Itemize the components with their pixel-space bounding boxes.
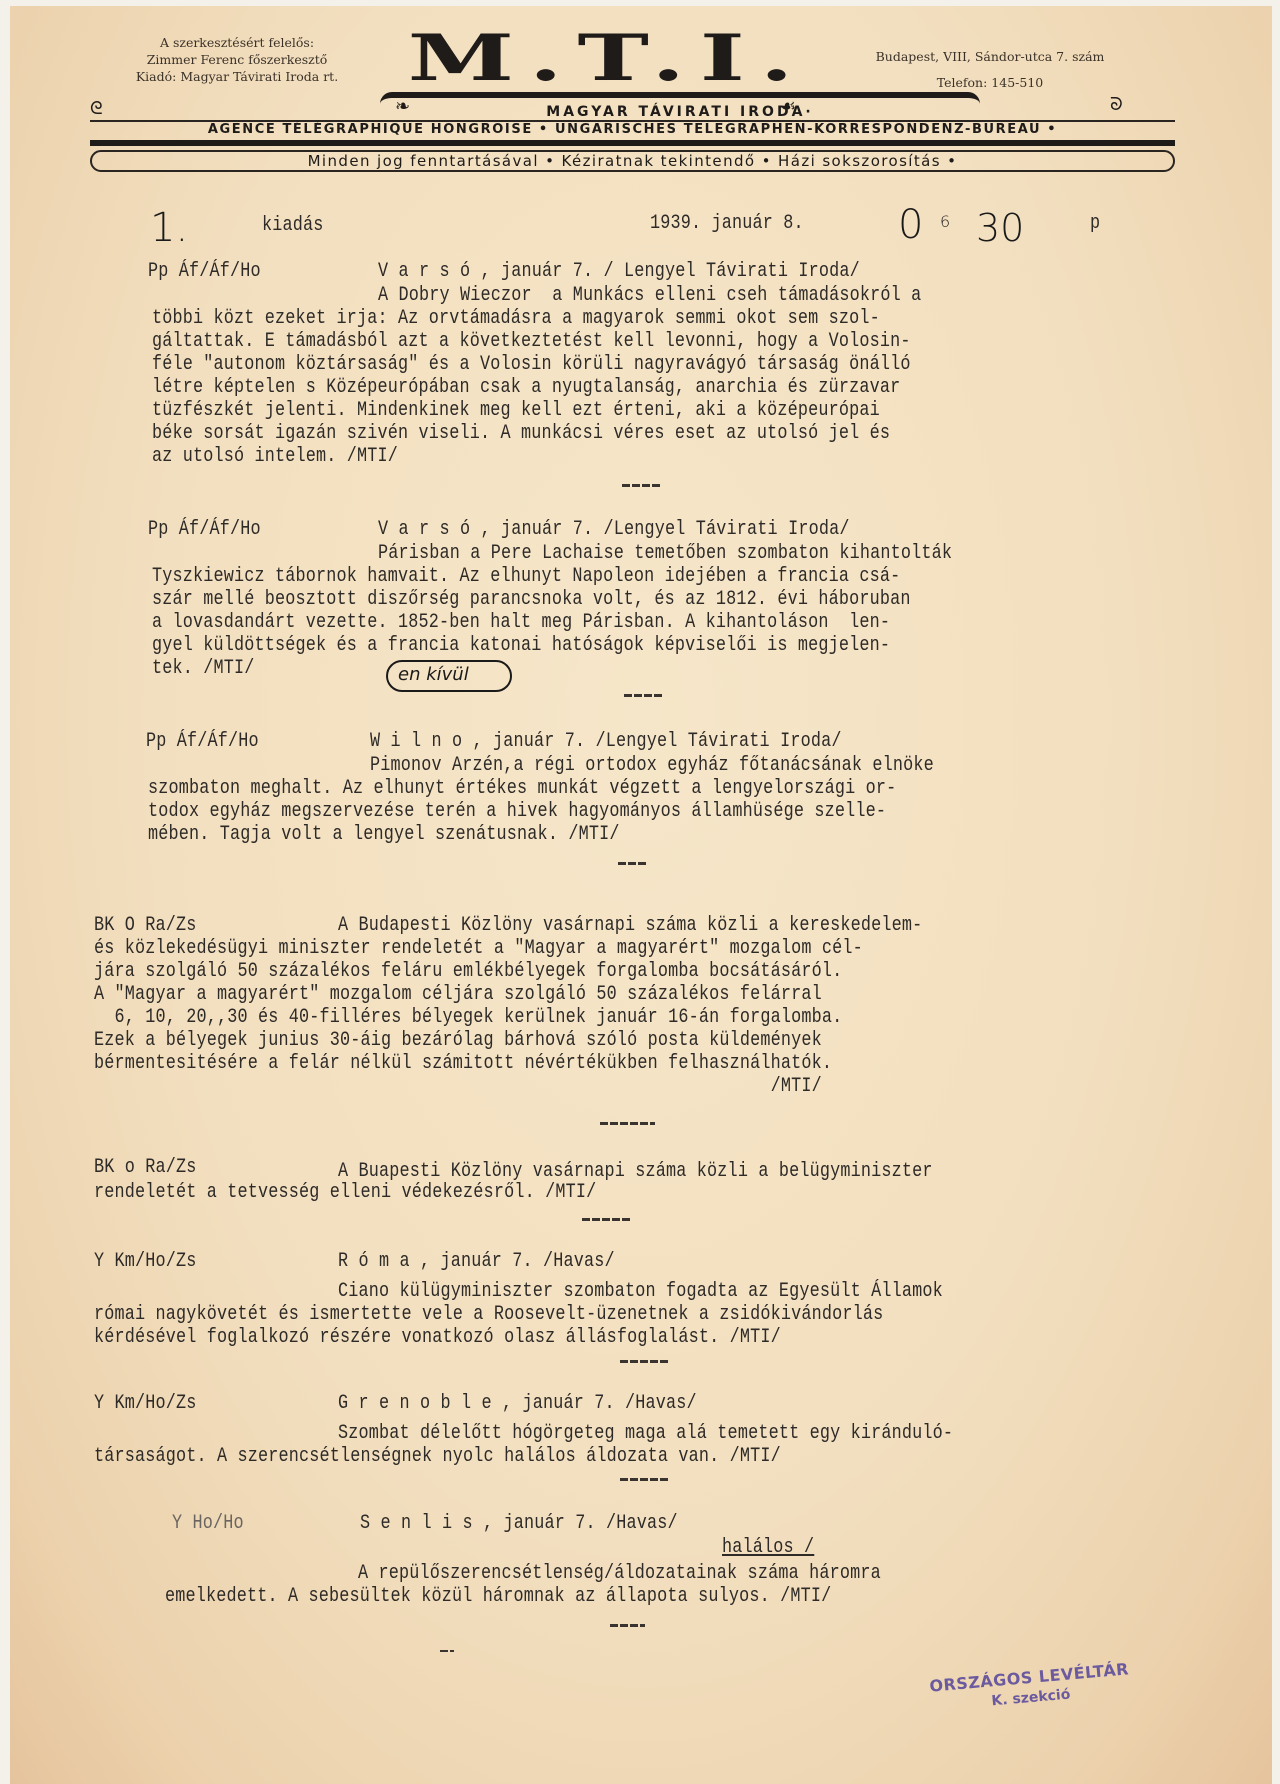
edition-period: p — [1090, 212, 1100, 235]
item-line: A "Magyar a magyarért" mozgalom céljára … — [94, 983, 822, 1006]
edition-hour: 0 — [898, 202, 923, 248]
item-line: társaságot. A szerencsétlenségnek nyolc … — [94, 1445, 781, 1468]
item-line: mében. Tagja volt a lengyel szenátusnak.… — [148, 823, 620, 846]
item-line: A Buapesti Közlöny vasárnapi száma közli… — [338, 1160, 933, 1183]
item-line: Párisban a Pere Lachaise temetőben szomb… — [378, 542, 952, 565]
item-line: /MTI/ — [94, 1075, 822, 1098]
item-dateline: G r e n o b l e , január 7. /Havas/ — [338, 1392, 697, 1415]
item-line: Tyszkiewicz tábornok hamvait. Az elhunyt… — [152, 565, 900, 588]
item-dateline: V a r s ó , január 7. /Lengyel Távirati … — [378, 518, 850, 541]
item-line: A Budapesti Közlöny vasárnapi száma közl… — [338, 914, 922, 937]
item-line: féle "autonom köztársaság" és a Volosin … — [152, 353, 911, 376]
separator — [622, 484, 662, 487]
item-line: bérmentesitésére a felár nélkül számitot… — [94, 1052, 832, 1075]
edition-hour-suffix: 6 — [940, 212, 950, 231]
handwritten-note: en kívül — [398, 664, 469, 685]
item-code: BK O Ra/Zs — [94, 914, 197, 937]
edition-number: 1. — [150, 205, 188, 251]
item-line: kérdésével foglalkozó részére vonatkozó … — [94, 1326, 781, 1349]
item-dateline: S e n l i s , január 7. /Havas/ — [360, 1512, 678, 1535]
item-code: BK o Ra/Zs — [94, 1156, 197, 1179]
item-line: tüzfészkét jelenti. Mindenkinek meg kell… — [152, 399, 880, 422]
item-line: jára szolgáló 50 százalékos feláru emlék… — [94, 960, 842, 983]
separator — [624, 694, 664, 697]
banner-multilingual: AGENCE TÉLÉGRAPHIQUE HONGROISE • UNGARIS… — [90, 122, 1175, 137]
mark — [440, 1650, 454, 1652]
item-line: A repülőszerencsétlenség/áldozatainak sz… — [358, 1562, 881, 1585]
item-line: todox egyház megszervezése terén a hivek… — [148, 800, 886, 823]
edition-minute: 30 — [976, 206, 1024, 250]
item-line: gáltattak. E támadásból azt a következte… — [152, 330, 911, 353]
item-line: Ezek a bélyegek junius 30-áig bezárólag … — [94, 1029, 822, 1052]
item-line: emelkedett. A sebesültek közül háromnak … — [165, 1585, 831, 1608]
item-line: A Dobry Wieczor a Munkács elleni cseh tá… — [378, 284, 921, 307]
item-line: Ciano külügyminiszter szombaton fogadta … — [338, 1280, 943, 1303]
item-line: többi közt ezeket irja: Az orvtámadásra … — [152, 307, 880, 330]
separator — [582, 1218, 632, 1221]
item-insertion: halálos / — [722, 1536, 814, 1559]
item-code: Pp Áf/Áf/Ho — [146, 730, 259, 753]
banner-agency-name: MAGYAR TÁVIRATI IRODA· — [380, 104, 980, 120]
item-line: az utolsó intelem. /MTI/ — [152, 445, 398, 468]
item-line: tek. /MTI/ — [152, 657, 255, 680]
separator — [600, 1122, 655, 1125]
address-info: Budapest, VIII, Sándor-utca 7. szám Tele… — [840, 44, 1140, 96]
item-dateline: W i l n o , január 7. /Lengyel Távirati … — [370, 730, 842, 753]
item-dateline: R ó m a , január 7. /Havas/ — [338, 1250, 615, 1273]
item-line: római nagykövetét és ismertette vele a R… — [94, 1303, 883, 1326]
item-line: gyel küldöttségek és a francia katonai h… — [152, 634, 890, 657]
ornament-right-icon: ᘐ — [1110, 94, 1123, 115]
item-line: rendeletét a tetvesség elleni védekezésr… — [94, 1181, 596, 1204]
separator — [610, 1624, 645, 1627]
item-code: Pp Áf/Áf/Ho — [148, 518, 261, 541]
item-line: Pimonov Arzén,a régi ortodox egyház főta… — [370, 754, 934, 777]
item-line: Szombat délelőtt hógörgeteg maga alá tem… — [338, 1422, 953, 1445]
notice-text: Minden jog fenntartásával • Kéziratnak t… — [90, 152, 1175, 170]
item-line: 6, 10, 20,,30 és 40-filléres bélyegek ke… — [94, 1006, 842, 1029]
divider — [90, 140, 1175, 146]
item-line: szár mellé beosztott diszőrség parancsno… — [152, 588, 911, 611]
item-line: szombaton meghalt. Az elhunyt értékes mu… — [148, 777, 896, 800]
separator — [620, 1478, 670, 1481]
item-code: Y Ho/Ho — [172, 1512, 244, 1535]
item-code: Y Km/Ho/Zs — [94, 1250, 197, 1273]
item-code: Y Km/Ho/Zs — [94, 1392, 197, 1415]
item-line: és közlekedésügyi miniszter rendeletét a… — [94, 937, 863, 960]
edition-date: 1939. január 8. — [650, 212, 804, 235]
mti-logo: M.T.I. — [323, 30, 893, 88]
item-line: a lovasdandárt vezette. 1852-ben halt me… — [152, 611, 890, 634]
item-dateline: V a r s ó , január 7. / Lengyel Távirati… — [378, 260, 860, 283]
separator — [620, 1360, 670, 1363]
item-line: létre képtelen s Középeurópában csak a n… — [152, 376, 900, 399]
separator — [618, 862, 648, 865]
item-code: Pp Áf/Áf/Ho — [148, 260, 261, 283]
edition-label: kiadás — [262, 214, 324, 237]
ornament-left-icon: ᘓ — [90, 98, 103, 119]
address-line: Budapest, VIII, Sándor-utca 7. szám — [840, 44, 1140, 70]
item-line: béke sorsát igazán szivén viseli. A munk… — [152, 422, 890, 445]
